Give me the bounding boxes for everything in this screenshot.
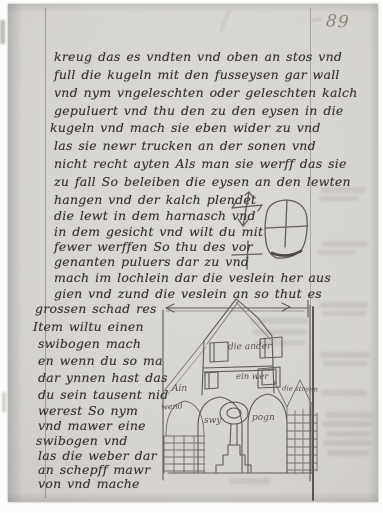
figure-label-lower-story: ein wer — [236, 372, 268, 382]
incendiary-ball-icon — [265, 200, 308, 258]
showthrough-mark — [327, 450, 369, 456]
manuscript-line: von vnd mache — [38, 477, 140, 491]
showthrough-mark — [322, 311, 366, 316]
showthrough-mark — [319, 196, 359, 201]
manuscript-scan-page: 89 kreug das es vndten vnd oben an stos … — [0, 0, 383, 513]
manuscript-line: Item wiltu einen — [33, 320, 144, 334]
folio-number: 89 — [325, 11, 350, 33]
manuscript-line: an schepff mawr — [38, 463, 150, 477]
manuscript-line: werest So nym — [38, 404, 138, 418]
cross-mark-icon — [232, 241, 262, 269]
manuscript-line: kugeln vnd mach sie eben wider zu vnd — [50, 121, 321, 135]
caltrop-icon — [222, 186, 322, 278]
manuscript-line: kreug das es vndten vnd oben an stos vnd — [54, 50, 342, 64]
manuscript-line: du sein tausent nid — [38, 388, 169, 402]
scan-edge-artifact — [0, 20, 5, 44]
figure-label-arch-left: swy — [204, 416, 221, 426]
figure-label-left-bottom: wend — [161, 401, 183, 412]
showthrough-mark — [322, 421, 372, 427]
manuscript-line: swibogen mach — [38, 337, 141, 351]
figure-label-left-top: Ain — [172, 384, 187, 394]
manuscript-line: swibogen vnd — [36, 434, 128, 448]
showthrough-mark — [318, 250, 356, 255]
manuscript-line: dar ynnen hast das — [38, 371, 168, 385]
manuscript-line: las sie newr trucken an der sonen vnd — [54, 139, 316, 153]
figure-label-arch-right: pogn — [252, 413, 275, 423]
figure-label-upper-story: die ander — [228, 342, 272, 353]
showthrough-mark — [325, 412, 373, 418]
showthrough-mark — [323, 440, 371, 446]
manuscript-line: nicht recht ayten Als man sie werff das … — [54, 157, 347, 171]
manuscript-line: vnd mawer eine — [38, 419, 146, 433]
manuscript-line: en wenn du so ma — [38, 354, 163, 368]
manuscript-line: las die weber dar — [38, 449, 157, 463]
showthrough-mark — [322, 241, 368, 247]
manuscript-line: genanten puluers dar zu vnd — [54, 255, 249, 269]
manuscript-line: grossen schad res — [35, 302, 157, 316]
arched-gate-sketch — [198, 394, 287, 473]
gate-structure-sketch — [158, 293, 328, 503]
manuscript-line: full die kugeln mit den fusseysen gar wa… — [54, 68, 340, 82]
showthrough-mark — [326, 431, 370, 437]
figure-label-right-side: die stosen — [282, 384, 318, 393]
scan-edge-artifact — [2, 392, 6, 412]
manuscript-line: gepuluert vnd thu den zu den eysen in di… — [54, 104, 343, 118]
manuscript-line: vnd nym vngeleschten oder geleschten kal… — [54, 86, 358, 100]
showthrough-mark — [323, 361, 367, 366]
